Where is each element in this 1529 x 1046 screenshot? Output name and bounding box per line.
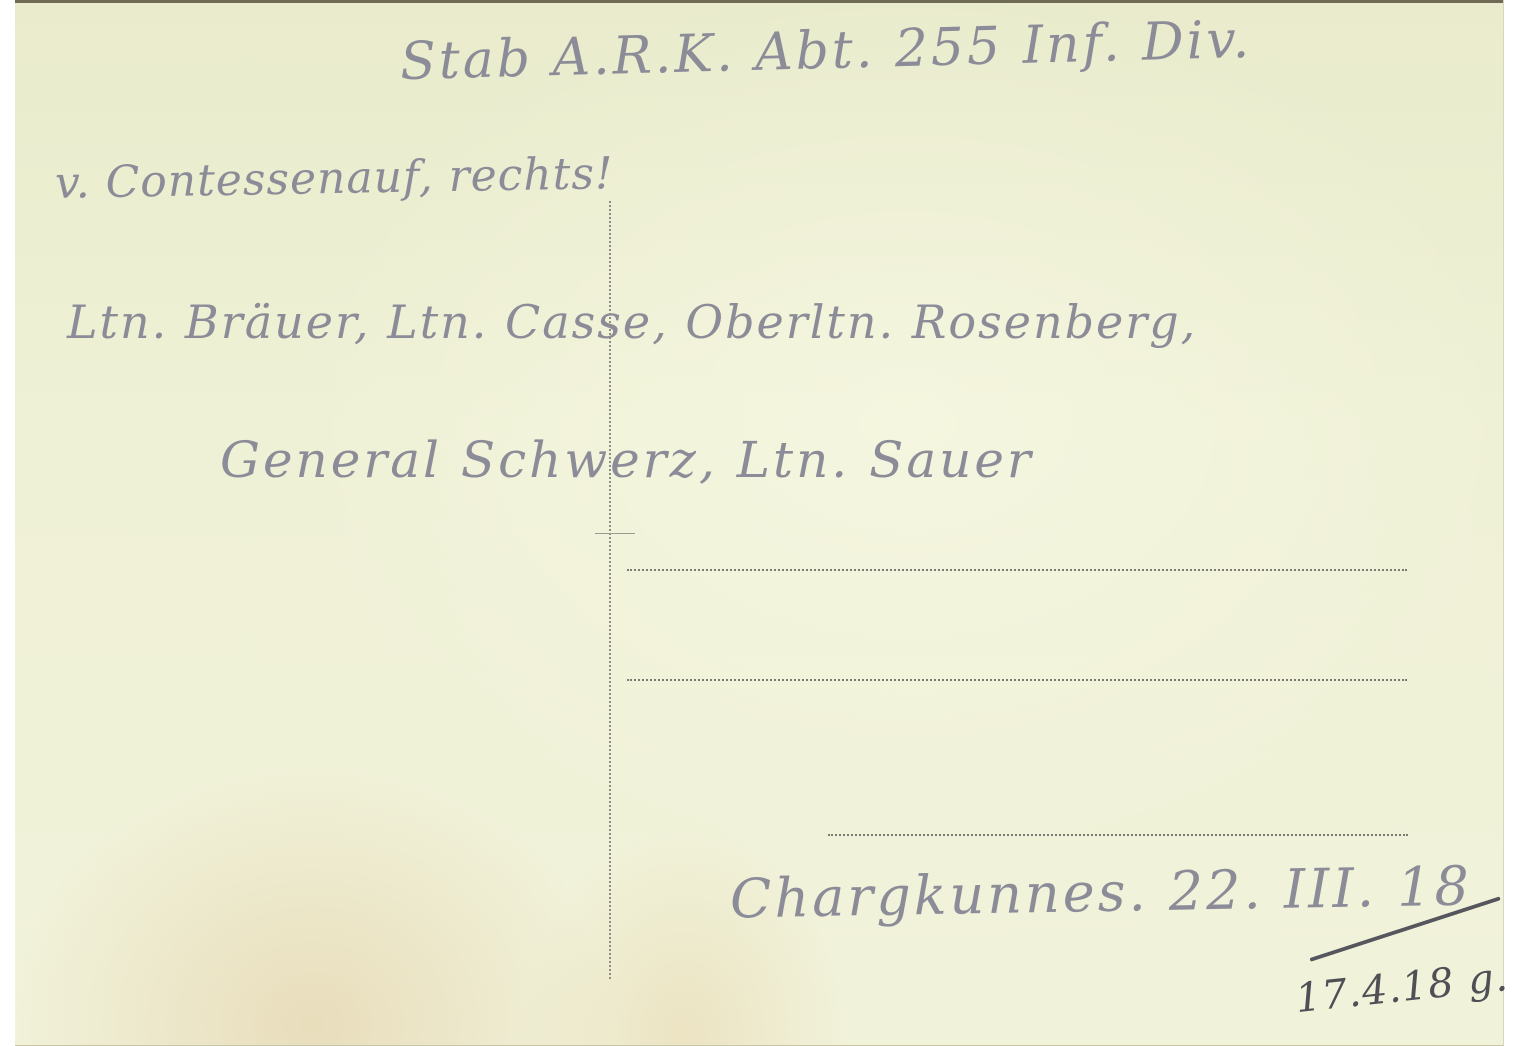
handwritten-line-2: Ltn. Bräuer, Ltn. Casse, Oberltn. Rosenb… xyxy=(67,295,1197,349)
handwritten-line-1: v. Contessenauf, rechts! xyxy=(55,148,614,209)
archive-date-note: 17.4.18 g. xyxy=(1293,954,1510,1022)
header-inscription: Stab A.R.K. Abt. 255 Inf. Div. xyxy=(399,10,1252,92)
message-address-divider xyxy=(609,201,611,979)
address-line-2 xyxy=(627,679,1407,681)
postcard-back: Stab A.R.K. Abt. 255 Inf. Div. v. Contes… xyxy=(15,0,1503,1046)
divider-tick xyxy=(595,533,635,534)
address-line-3 xyxy=(828,834,1408,836)
address-line-1 xyxy=(627,569,1407,571)
place-date-inscription: Chargkunnes. 22. III. 18 xyxy=(730,855,1473,931)
handwritten-line-3: General Schwerz, Ltn. Sauer xyxy=(220,431,1034,489)
